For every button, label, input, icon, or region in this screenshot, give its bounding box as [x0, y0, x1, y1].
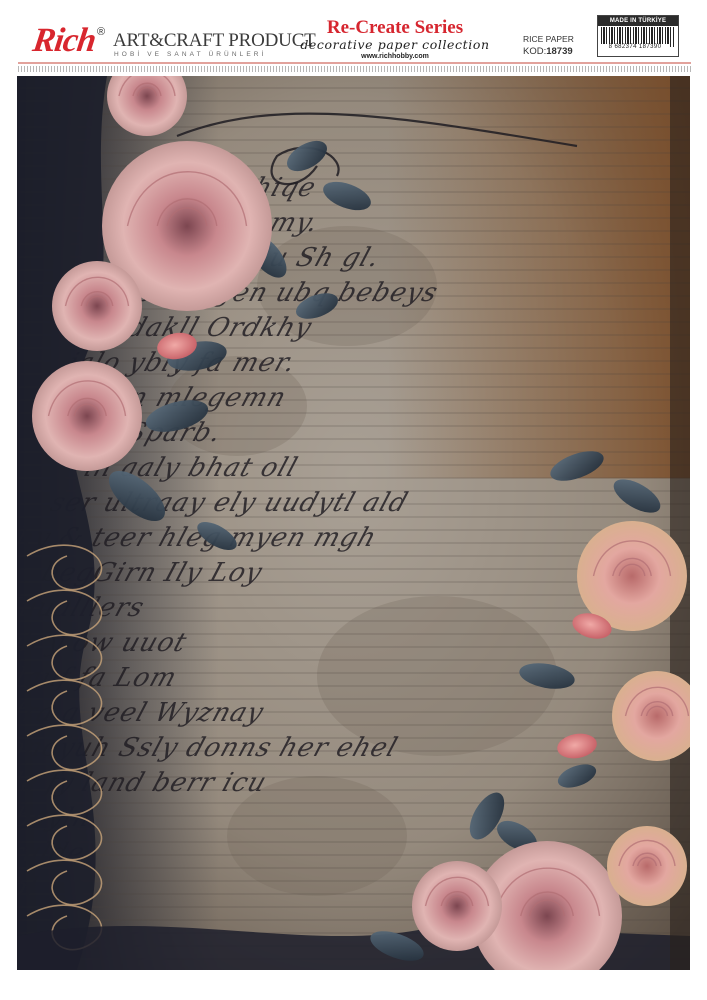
barcode: MADE IN TÜRKİYE 8 682374 187390	[597, 15, 679, 57]
brand-logo: Rich	[31, 24, 98, 58]
website-url: www.richhobby.com	[280, 53, 510, 60]
decorative-artwork: muth fey hiqehihnall hmy.Lra Su Suilu Sh…	[17, 76, 690, 970]
origin-label: MADE IN TÜRKİYE	[598, 16, 678, 26]
series-title: Re-Create Series	[280, 17, 510, 39]
product-code-value: 18739	[546, 46, 572, 57]
brand-subtitle: HOBİ VE SANAT ÜRÜNLERİ	[114, 51, 266, 58]
product-type: RICE PAPER	[523, 34, 574, 44]
barcode-number: 8 682374 187390	[600, 44, 670, 50]
product-code: KOD:18739	[523, 46, 573, 57]
svg-text:ser ultraay ely uudytl ald: ser ultraay ely uudytl ald	[46, 488, 412, 518]
registered-mark: ®	[97, 26, 105, 38]
series-subtitle: decorative paper collection	[280, 37, 510, 52]
artwork-canvas: muth fey hiqehihnall hmy.Lra Su Suilu Sh…	[17, 76, 690, 970]
product-header: Rich ® ART&CRAFT PRODUCT HOBİ VE SANAT Ü…	[0, 0, 707, 76]
header-divider	[18, 62, 691, 64]
header-tick-border	[18, 66, 691, 72]
product-code-label: KOD:	[523, 46, 546, 57]
